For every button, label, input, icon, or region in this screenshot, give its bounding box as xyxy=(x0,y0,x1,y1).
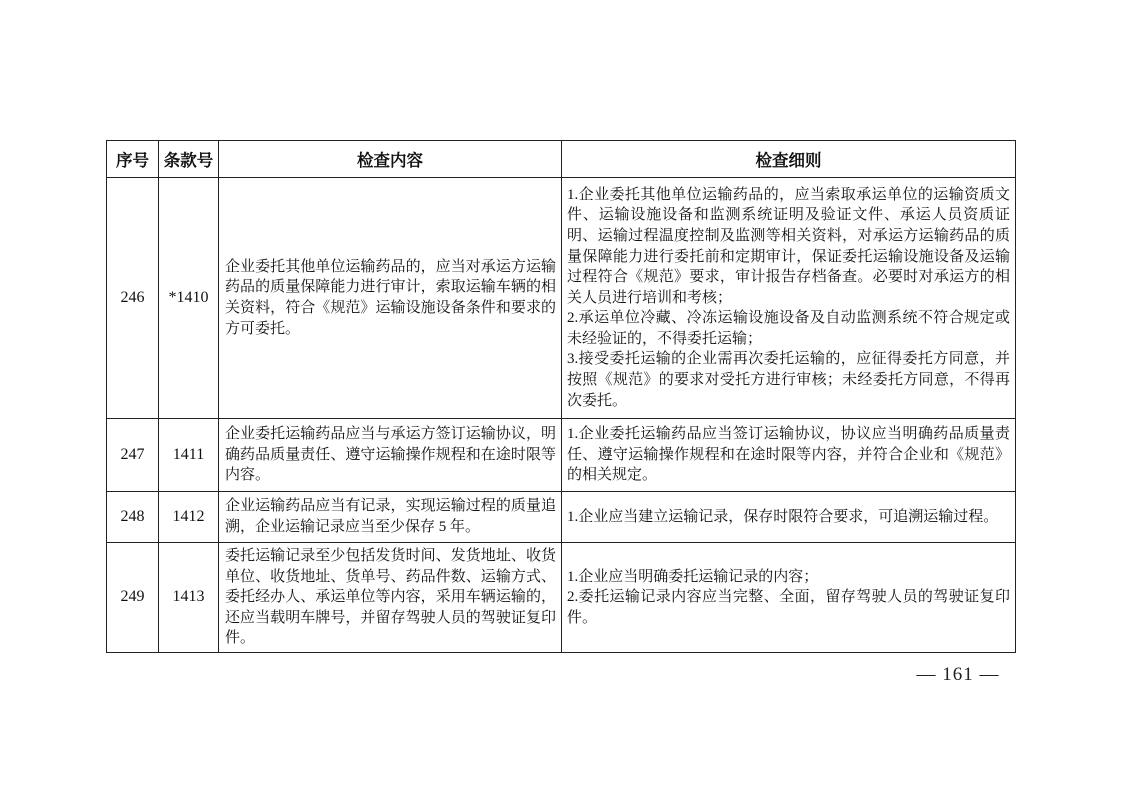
table-row: 249 1413 委托运输记录至少包括发货时间、发货地址、收货单位、收货地址、货… xyxy=(107,543,1016,653)
details-cell: 1.企业应当明确委托运输记录的内容； 2.委托运输记录内容应当完整、全面，留存驾… xyxy=(562,543,1016,653)
header-clause: 条款号 xyxy=(159,141,219,178)
page-number: — 161 — xyxy=(898,664,1018,686)
content-cell: 企业委托其他单位运输药品的，应当对承运方运输药品的质量保障能力进行审计，索取运输… xyxy=(219,178,562,419)
detail-item: 1.企业委托运输药品应当签订运输协议，协议应当明确药品质量责任、遵守运输操作规程… xyxy=(567,424,1010,486)
content-cell: 企业运输药品应当有记录，实现运输过程的质量追溯，企业运输记录应当至少保存 5 年… xyxy=(219,492,562,543)
header-details: 检查细则 xyxy=(562,141,1016,178)
content-text: 企业委托其他单位运输药品的，应当对承运方运输药品的质量保障能力进行审计，索取运输… xyxy=(225,257,556,339)
table-header-row: 序号 条款号 检查内容 检查细则 xyxy=(107,141,1016,178)
clause-cell: 1412 xyxy=(159,492,219,543)
table-row: 246 *1410 企业委托其他单位运输药品的，应当对承运方运输药品的质量保障能… xyxy=(107,178,1016,419)
content-text: 委托运输记录至少包括发货时间、发货地址、收货单位、收货地址、货单号、药品件数、运… xyxy=(225,546,556,649)
inspection-table: 序号 条款号 检查内容 检查细则 246 *1410 企业委托其他单位运输药品的… xyxy=(106,140,1016,653)
seq-cell: 247 xyxy=(107,419,159,492)
seq-cell: 248 xyxy=(107,492,159,543)
content-cell: 企业委托运输药品应当与承运方签订运输协议，明确药品质量责任、遵守运输操作规程和在… xyxy=(219,419,562,492)
detail-item: 3.接受委托运输的企业需再次委托运输的，应征得委托方同意，并按照《规范》的要求对… xyxy=(567,349,1010,411)
header-content: 检查内容 xyxy=(219,141,562,178)
detail-item: 2.承运单位冷藏、冷冻运输设施设备及自动监测系统不符合规定或未经验证的，不得委托… xyxy=(567,308,1010,349)
document-page: 序号 条款号 检查内容 检查细则 246 *1410 企业委托其他单位运输药品的… xyxy=(0,0,1122,793)
detail-item: 1.企业应当明确委托运输记录的内容； xyxy=(567,567,1010,588)
detail-item: 1.企业应当建立运输记录，保存时限符合要求，可追溯运输过程。 xyxy=(567,507,1010,528)
detail-item: 2.委托运输记录内容应当完整、全面，留存驾驶人员的驾驶证复印件。 xyxy=(567,587,1010,628)
content-text: 企业委托运输药品应当与承运方签订运输协议，明确药品质量责任、遵守运输操作规程和在… xyxy=(225,424,556,486)
content-cell: 委托运输记录至少包括发货时间、发货地址、收货单位、收货地址、货单号、药品件数、运… xyxy=(219,543,562,653)
detail-item: 1.企业委托其他单位运输药品的，应当索取承运单位的运输资质文件、运输设施设备和监… xyxy=(567,185,1010,309)
seq-cell: 249 xyxy=(107,543,159,653)
clause-cell: 1413 xyxy=(159,543,219,653)
table-row: 248 1412 企业运输药品应当有记录，实现运输过程的质量追溯，企业运输记录应… xyxy=(107,492,1016,543)
details-cell: 1.企业委托运输药品应当签订运输协议，协议应当明确药品质量责任、遵守运输操作规程… xyxy=(562,419,1016,492)
details-cell: 1.企业委托其他单位运输药品的，应当索取承运单位的运输资质文件、运输设施设备和监… xyxy=(562,178,1016,419)
clause-cell: 1411 xyxy=(159,419,219,492)
table-row: 247 1411 企业委托运输药品应当与承运方签订运输协议，明确药品质量责任、遵… xyxy=(107,419,1016,492)
details-cell: 1.企业应当建立运输记录，保存时限符合要求，可追溯运输过程。 xyxy=(562,492,1016,543)
header-seq: 序号 xyxy=(107,141,159,178)
content-text: 企业运输药品应当有记录，实现运输过程的质量追溯，企业运输记录应当至少保存 5 年… xyxy=(225,496,556,537)
seq-cell: 246 xyxy=(107,178,159,419)
clause-cell: *1410 xyxy=(159,178,219,419)
